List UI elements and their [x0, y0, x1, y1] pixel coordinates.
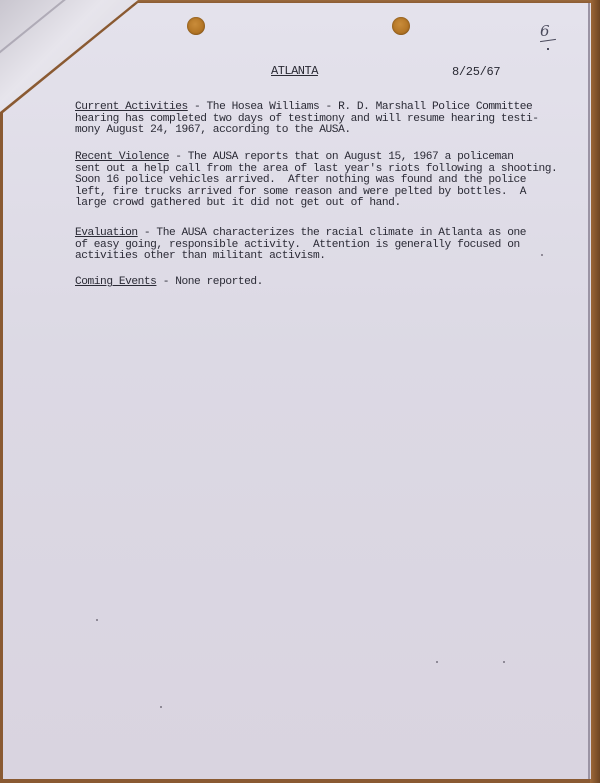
handwritten-page-number: 6	[540, 22, 550, 40]
paragraph-evaluation: Evaluation - The AUSA characterizes the …	[75, 228, 575, 263]
section-heading: Recent Violence	[75, 151, 169, 163]
paragraph-line: left, fire trucks arrived for some reaso…	[75, 186, 526, 198]
paper-speck	[541, 254, 543, 256]
paragraph-line: - None reported.	[156, 276, 262, 288]
document-title: ATLANTA	[271, 64, 318, 78]
paragraph-recent-violence: Recent Violence - The AUSA reports that …	[75, 152, 575, 210]
paragraph-line: - The Hosea Williams - R. D. Marshall Po…	[188, 101, 533, 113]
paragraph-line: Soon 16 police vehicles arrived. After n…	[75, 174, 526, 186]
paragraph-line: - The AUSA characterizes the racial clim…	[138, 227, 526, 239]
paragraph-line: activities other than militant activism.	[75, 250, 326, 262]
section-heading: Coming Events	[75, 276, 156, 288]
punch-hole-right	[392, 17, 410, 35]
section-heading: Evaluation	[75, 227, 138, 239]
desk-edge	[590, 0, 600, 783]
paragraph-coming-events: Coming Events - None reported.	[75, 277, 575, 289]
page-edge	[588, 3, 590, 779]
paragraph-line: sent out a help call from the area of la…	[75, 163, 557, 175]
paragraph-current-activities: Current Activities - The Hosea Williams …	[75, 102, 575, 137]
punch-hole-left	[187, 17, 205, 35]
paragraph-line: large crowd gathered but it did not get …	[75, 197, 401, 209]
paper-speck	[436, 661, 438, 663]
section-heading: Current Activities	[75, 101, 188, 113]
paragraph-line: of easy going, responsible activity. Att…	[75, 239, 520, 251]
document-date: 8/25/67	[452, 65, 500, 79]
paper-speck	[96, 619, 98, 621]
paper-speck	[160, 706, 162, 708]
page-number-dot	[547, 48, 549, 50]
paragraph-line: mony August 24, 1967, according to the A…	[75, 124, 351, 136]
paragraph-line: - The AUSA reports that on August 15, 19…	[169, 151, 514, 163]
paragraph-line: hearing has completed two days of testim…	[75, 113, 539, 125]
paper-speck	[503, 661, 505, 663]
